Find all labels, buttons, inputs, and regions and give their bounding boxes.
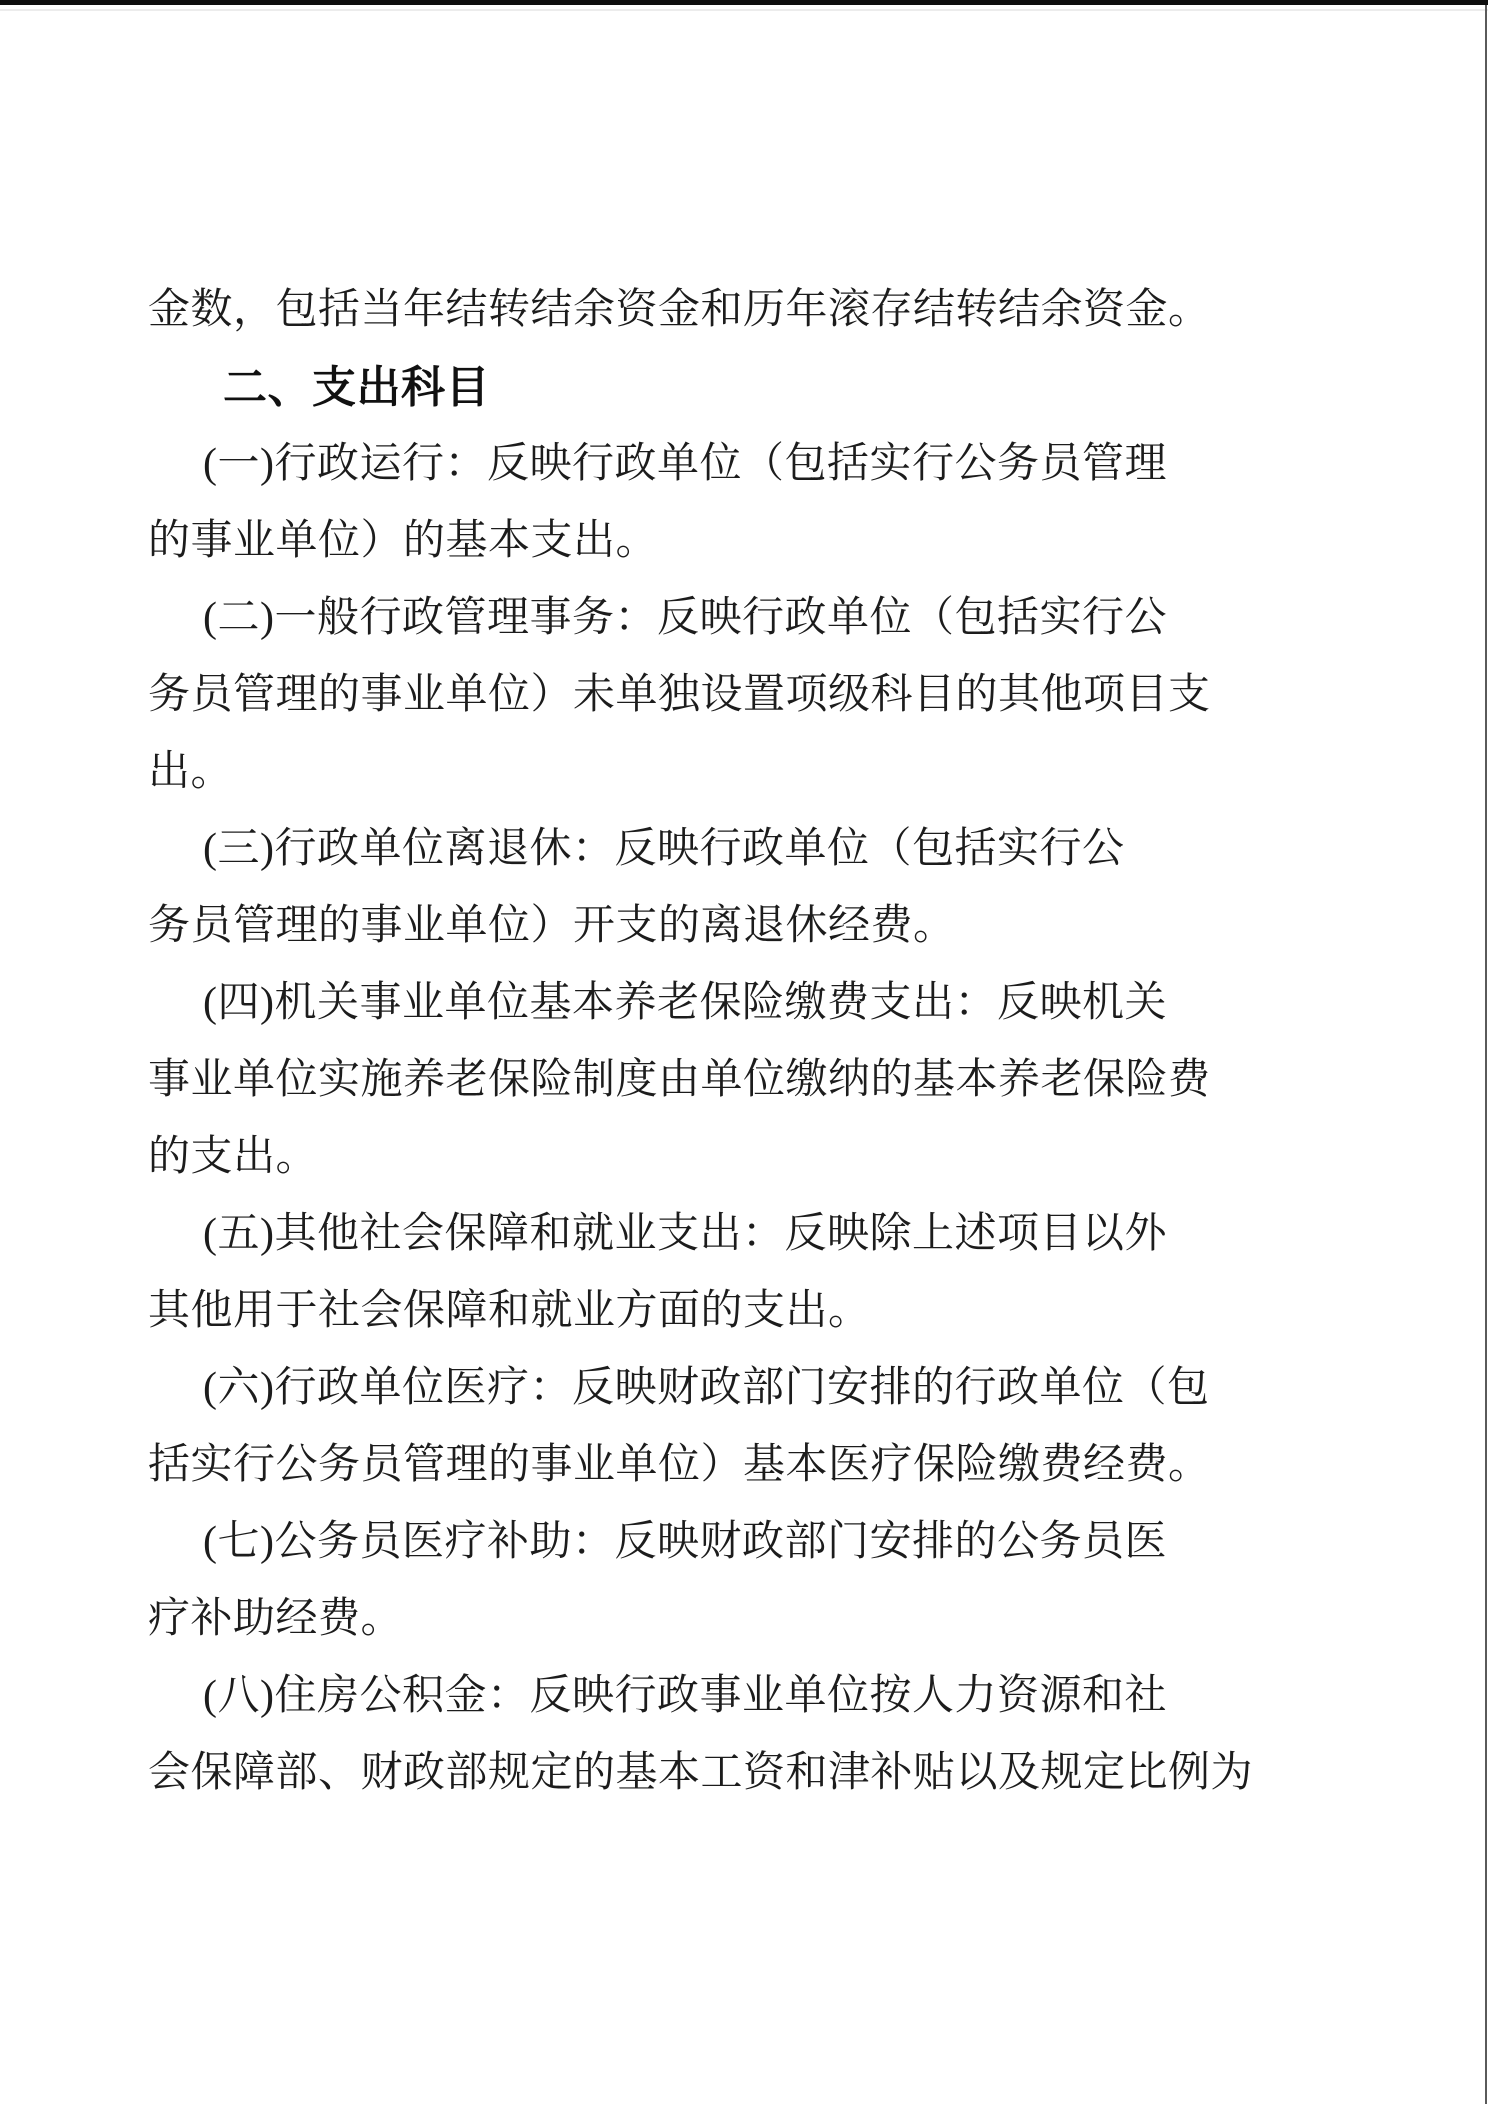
text-line: (七)公务员医疗补助：反映财政部门安排的公务员医: [148, 1504, 1188, 1581]
text-line: 事业单位实施养老保险制度由单位缴纳的基本养老保险费: [148, 1042, 1188, 1119]
document-text-block: 金数，包括当年结转结余资金和历年滚存结转结余资金。二、支出科目(一)行政运行：反…: [148, 272, 1188, 1812]
text-line: 出。: [148, 734, 1188, 811]
scan-top-shadow-line: [0, 9, 1488, 11]
text-line: 的事业单位）的基本支出。: [148, 503, 1188, 580]
section-heading: 二、支出科目: [148, 349, 1188, 426]
text-line: 金数，包括当年结转结余资金和历年滚存结转结余资金。: [148, 272, 1188, 349]
text-line: 其他用于社会保障和就业方面的支出。: [148, 1273, 1188, 1350]
scan-top-edge-bar: [0, 0, 1488, 5]
text-line: 会保障部、财政部规定的基本工资和津补贴以及规定比例为: [148, 1735, 1188, 1812]
text-line: (五)其他社会保障和就业支出：反映除上述项目以外: [148, 1196, 1188, 1273]
text-line: 务员管理的事业单位）开支的离退休经费。: [148, 888, 1188, 965]
text-line: (一)行政运行：反映行政单位（包括实行公务员管理: [148, 426, 1188, 503]
text-line: 的支出。: [148, 1119, 1188, 1196]
text-line: 疗补助经费。: [148, 1581, 1188, 1658]
document-page: 金数，包括当年结转结余资金和历年滚存结转结余资金。二、支出科目(一)行政运行：反…: [0, 0, 1488, 2104]
scan-right-edge-line: [1485, 5, 1487, 2104]
text-line: (二)一般行政管理事务：反映行政单位（包括实行公: [148, 580, 1188, 657]
text-line: (八)住房公积金：反映行政事业单位按人力资源和社: [148, 1658, 1188, 1735]
text-line: (四)机关事业单位基本养老保险缴费支出：反映机关: [148, 965, 1188, 1042]
text-line: (六)行政单位医疗：反映财政部门安排的行政单位（包: [148, 1350, 1188, 1427]
text-line: 务员管理的事业单位）未单独设置项级科目的其他项目支: [148, 657, 1188, 734]
text-line: 括实行公务员管理的事业单位）基本医疗保险缴费经费。: [148, 1427, 1188, 1504]
text-line: (三)行政单位离退休：反映行政单位（包括实行公: [148, 811, 1188, 888]
